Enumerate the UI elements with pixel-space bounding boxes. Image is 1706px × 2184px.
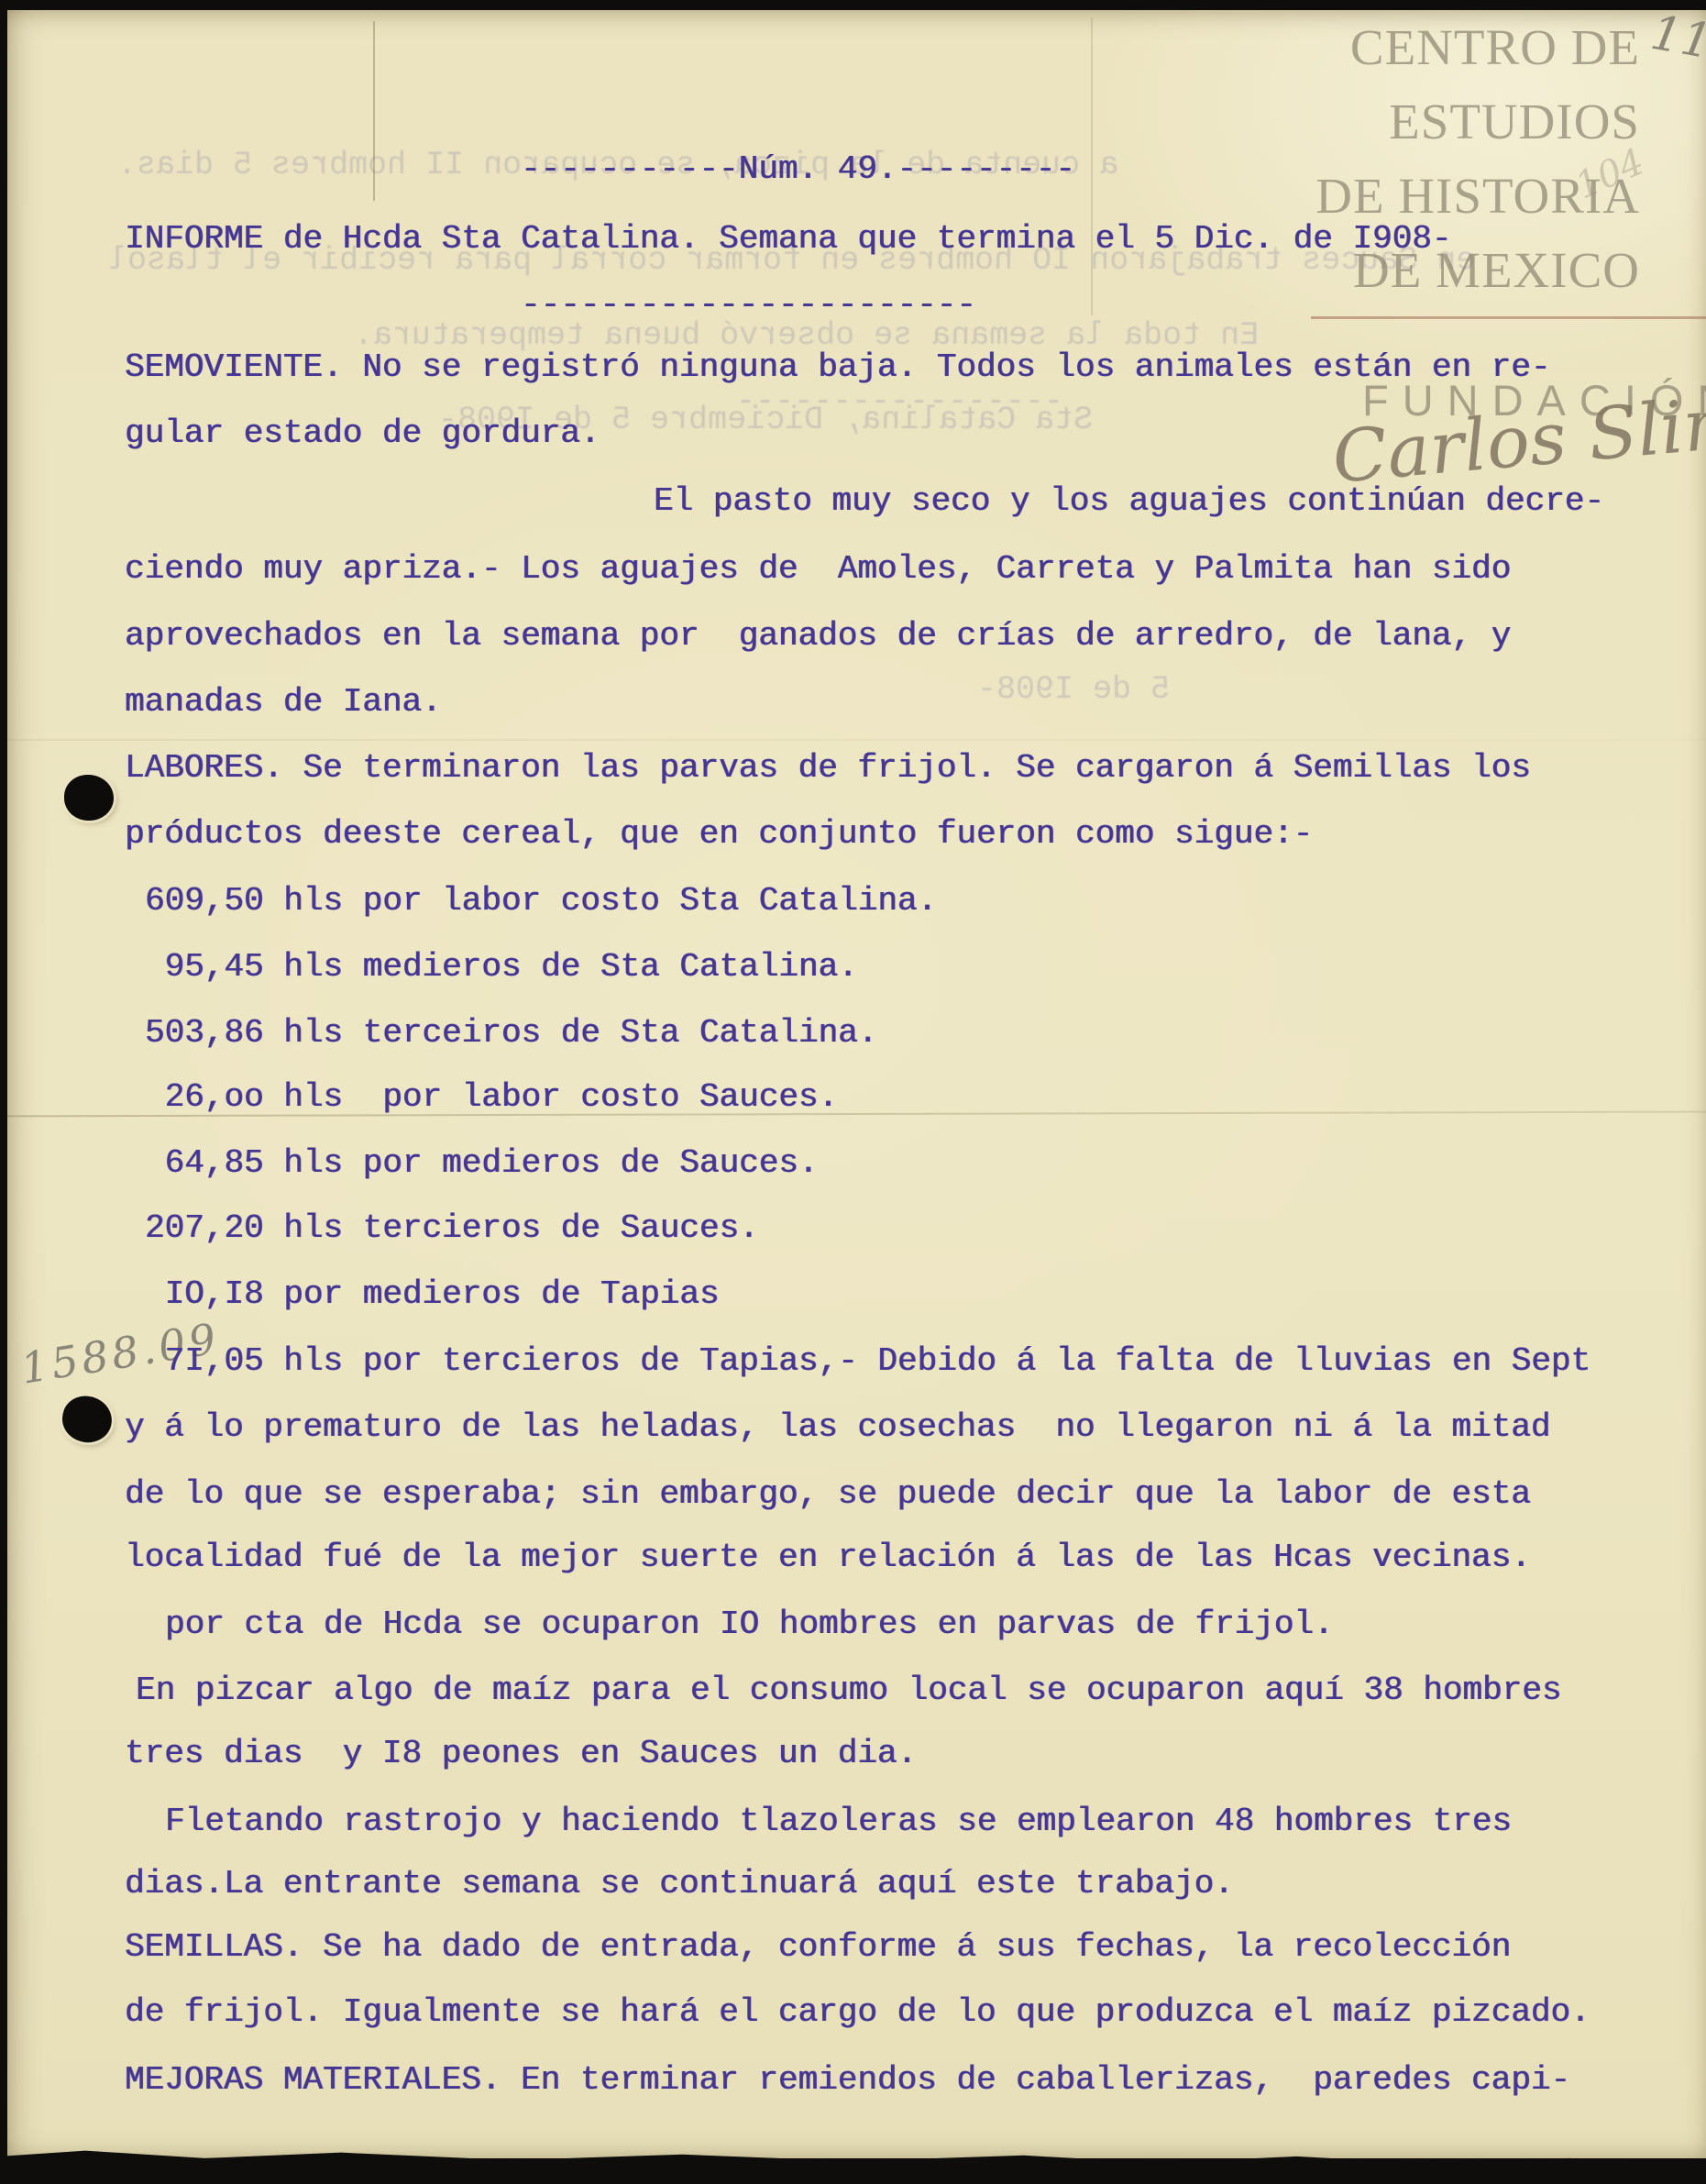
typed-line: MEJORAS MATERIALES. En terminar remiendo… (125, 2060, 1570, 2101)
typed-line: En pizcar algo de maíz para el consumo l… (136, 1671, 1561, 1711)
typed-line: 95,45 hls medieros de Sta Catalina. (145, 947, 858, 987)
typed-line: IO,I8 por medieros de Tapias (145, 1274, 720, 1315)
typed-line: 7I,05 hls por tercieros de Tapias,- Debi… (145, 1341, 1590, 1382)
typed-line: por cta de Hcda se ocuparon IO hombres e… (165, 1605, 1334, 1645)
document-title: INFORME de Hcda Sta Catalina. Semana que… (125, 219, 1451, 259)
bleedthrough-fragment: 5 de I908- (977, 670, 1170, 709)
document-scan: a cuenta de la pizca, se ocuparon II hom… (0, 0, 1706, 2184)
fold-crease-horizontal (7, 739, 1706, 741)
typed-line: 503,86 hls terceiros de Sta Catalina. (145, 1013, 877, 1053)
typed-line: 207,20 hls tercieros de Sauces. (145, 1208, 759, 1249)
typed-line: localidad fué de la mejor suerte en rela… (125, 1538, 1531, 1578)
typed-line: 26,oo hls por labor costo Sauces. (145, 1077, 838, 1118)
document-number-line: -----------Núm. 49.--------- (521, 149, 1075, 190)
typed-line: próductos deeste cereal, que en conjunto… (125, 814, 1313, 855)
typed-line: de frijol. Igualmente se hará el cargo d… (125, 1992, 1590, 2033)
watermark-line: CENTRO DE (1315, 10, 1640, 84)
handwritten-page-number: 11 (1646, 6, 1706, 71)
typed-line: SEMILLAS. Se ha dado de entrada, conform… (125, 1927, 1511, 1968)
typed-line: gular estado de gordura. (125, 414, 600, 454)
fold-crease-vertical (373, 21, 375, 201)
watermark-divider (1311, 316, 1706, 319)
punch-hole (64, 775, 114, 821)
typed-line: El pasto muy seco y los aguajes continúa… (654, 481, 1604, 522)
typed-line: de lo que se esperaba; sin embargo, se p… (125, 1474, 1531, 1515)
fold-crease-vertical (1091, 17, 1093, 315)
typed-line: y á lo prematuro de las heladas, las cos… (125, 1407, 1550, 1448)
bleedthrough-dashes: ----------------- (736, 382, 1063, 421)
typed-line: 64,85 hls por medieros de Sauces. (145, 1143, 819, 1184)
typed-line: dias.La entrante semana se continuará aq… (125, 1864, 1234, 1904)
punch-hole (58, 1392, 116, 1447)
typed-line: SEMOVIENTE. No se registró ninguna baja.… (125, 347, 1550, 388)
paper-sheet: a cuenta de la pizca, se ocuparon II hom… (7, 10, 1706, 2158)
typed-line: Fletando rastrojo y haciendo tlazoleras … (165, 1802, 1512, 1842)
typed-line: tres dias y I8 peones en Sauces un dia. (125, 1734, 917, 1774)
typed-line: 609,50 hls por labor costo Sta Catalina. (145, 881, 937, 921)
watermark-line: ESTUDIOS (1315, 84, 1640, 159)
typed-line: aprovechados en la semana por ganados de… (125, 616, 1511, 656)
typed-line: manadas de Iana. (125, 682, 442, 722)
title-separator: ----------------------- (521, 285, 976, 325)
typed-line: LABORES. Se terminaron las parvas de fri… (125, 748, 1531, 789)
typed-line: ciendo muy apriza.- Los aguajes de Amole… (125, 549, 1511, 590)
